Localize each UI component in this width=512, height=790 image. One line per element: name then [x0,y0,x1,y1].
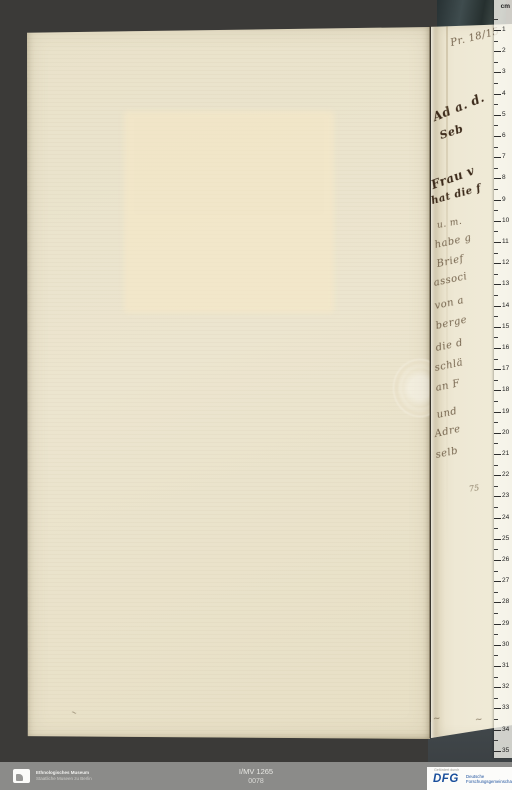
dfg-logo: DFG [433,773,459,785]
ruler-tick [494,210,498,211]
ruler-tick [494,253,498,254]
ruler-tick [494,136,501,137]
ruler-tick [494,263,501,264]
ruler-number: 32 [502,683,509,691]
ruler-tick [494,655,498,656]
ruler-tick [494,369,501,370]
ruler-number: 31 [502,662,509,670]
ruler-tick [494,72,501,73]
ruler-number: 29 [502,620,509,628]
ruler-tick [494,443,498,444]
ruler-tick [494,125,498,126]
ruler-tick [494,518,501,519]
ruler-tick [494,380,498,381]
handwriting-fragment: an F [435,378,461,394]
dfg-full-name: Deutsche Forschungsgemeinschaft [466,774,512,789]
ruler-tick [494,454,501,455]
ruler-tick [494,475,501,476]
ruler-number: 16 [502,344,509,352]
ruler-tick [494,666,501,667]
ruler-number: 27 [502,577,509,585]
footer-bar: Ethnologisches Museum Staatliche Museen … [0,762,512,790]
ruler-tick [494,189,498,190]
ruler-number: 18 [502,386,509,394]
ruler-number: 5 [502,111,506,119]
ruler-number: 33 [502,704,509,712]
ruler-tick [494,51,501,52]
ruler-tick [494,115,501,116]
ruler-tick [494,486,498,487]
handwriting-fragment: associ [433,271,469,289]
ruler-number: 14 [502,302,509,310]
ruler-number: 11 [502,238,509,246]
handwriting-fragment: berge [435,315,469,332]
ruler-tick [494,602,501,603]
ruler-tick [494,221,501,222]
ruler-tick [494,83,498,84]
ruler-tick [494,751,501,752]
ruler-tick [494,740,498,741]
page-fold [429,26,431,738]
ruler-tick [494,242,501,243]
handwriting-fragment: von a [434,295,465,312]
ruler-tick [494,295,498,296]
ruler-number: 9 [502,196,506,204]
ruler-number: 25 [502,535,509,543]
ruler-tick [494,284,501,285]
ruler-unit-label: cm [501,3,510,10]
funding-note: Gefördert durch [434,768,459,772]
scan-canvas: Pr. 18/15Ad a. d.SebFrau vhat die fu. m.… [0,0,512,790]
measurement-ruler: cm 1234567891011121314151617181920212223… [494,0,512,758]
ruler-tick [494,507,498,508]
ruler-tick [494,62,498,63]
handwriting-fragment: Brief [436,254,465,270]
ruler-number: 1 [502,26,506,34]
handwriting-fragment: schlä [434,357,465,374]
ruler-tick [494,274,498,275]
ruler-tick [494,104,498,105]
document-page-left [27,27,430,739]
ruler-number: 28 [502,598,509,606]
ruler-number: 24 [502,514,509,522]
ruler-tick [494,613,498,614]
ruler-tick [494,719,498,720]
ruler-tick [494,687,501,688]
ruler-tick [494,677,498,678]
handwriting-fragment: die d [435,338,464,354]
ruler-tick [494,19,498,20]
handwriting-fragment: habe g [434,232,473,251]
ruler-tick [494,306,501,307]
pencil-mark: ~ [474,715,483,726]
ruler-tick [494,698,498,699]
ruler-tick [494,30,501,31]
handwriting-fragment: Adre [434,424,462,440]
ruler-number: 34 [502,726,509,734]
ruler-tick [494,708,501,709]
handwriting-fragment: selb [435,446,459,461]
ruler-tick [494,571,498,572]
ruler-number: 35 [502,747,509,755]
ruler-number: 3 [502,68,506,76]
handwriting-fragment: Ad a. d. [431,91,487,124]
ruler-tick [494,390,501,391]
ruler-number: 17 [502,365,509,373]
ruler-tick [494,528,498,529]
dfg-logo-box: Gefördert durch DFG Deutsche Forschungsg… [427,767,512,790]
ruler-tick [494,496,501,497]
dfg-name-line2: Forschungsgemeinschaft [466,779,512,784]
handwriting-fragment: und [436,406,459,421]
ruler-tick [494,401,498,402]
ruler-tick [494,178,501,179]
ruler-number: 20 [502,429,509,437]
handwriting-fragment: Pr. 18/15 [449,26,500,49]
ruler-tick [494,316,498,317]
ruler-number: 19 [502,408,509,416]
ruler-number: 15 [502,323,509,331]
ruler-number: 26 [502,556,509,564]
ruler-number: 23 [502,492,509,500]
ruler-tick [494,41,498,42]
pencil-mark: 75 [468,483,479,493]
ruler-tick [494,433,501,434]
ruler-number: 22 [502,471,509,479]
ruler-tick [494,231,498,232]
ruler-tick [494,348,501,349]
ruler-tick [494,465,498,466]
ruler-number: 7 [502,153,506,161]
ruler-tick [494,560,501,561]
ruler-tick [494,412,501,413]
pencil-mark: ~ [432,714,441,725]
ruler-tick [494,94,501,95]
ruler-number: 2 [502,47,506,55]
handwriting-fragment: Seb [438,122,465,142]
ruler-number: 21 [502,450,509,458]
ruler-tick [494,549,498,550]
ruler-tick [494,634,498,635]
ruler-tick [494,581,501,582]
ruler-number: 12 [502,259,509,267]
ruler-tick [494,730,501,731]
ruler-number: 10 [502,217,509,225]
ruler-tick [494,645,501,646]
ruler-tick [494,168,498,169]
ruler-tick [494,147,498,148]
ruler-tick [494,422,498,423]
ruler-tick [494,337,498,338]
ruler-tick [494,327,501,328]
ruler-number: 6 [502,132,506,140]
ruler-tick [494,624,501,625]
ruler-tick [494,200,501,201]
paste-ghost [124,111,334,313]
ruler-tick [494,359,498,360]
ruler-number: 13 [502,280,509,288]
ruler-tick [494,539,501,540]
ruler-number: 8 [502,174,506,182]
handwriting-fragment: u. m. [436,217,463,231]
ruler-number: 30 [502,641,509,649]
ruler-tick [494,592,498,593]
ruler-tick [494,157,501,158]
ruler-number: 4 [502,90,506,98]
